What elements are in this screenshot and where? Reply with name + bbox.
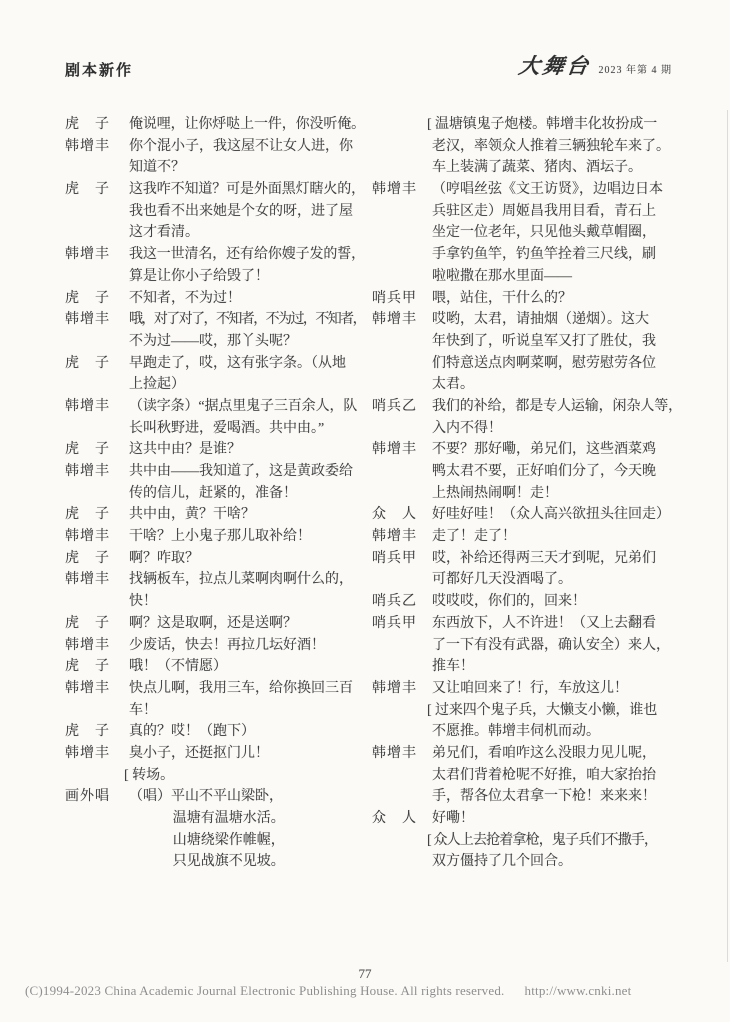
dialogue-text: 啦啦撒在那水里面—— xyxy=(432,266,572,288)
dialogue-text: 只见战旗不见坡。 xyxy=(129,851,285,873)
speaker-name: 哨兵甲 xyxy=(372,548,416,570)
dialogue-text: 共中由，黄？干啥？ xyxy=(129,504,255,526)
speaker-name xyxy=(372,656,416,678)
speaker-name xyxy=(372,635,416,657)
dialogue-text: 臭小子，还挺抠门儿！ xyxy=(129,743,269,765)
speaker-name xyxy=(372,851,416,873)
script-line: 虎子啊？这是取啊，还是送啊？ xyxy=(65,613,367,635)
speaker-name xyxy=(65,266,109,288)
speaker-name xyxy=(372,222,416,244)
speaker-name xyxy=(372,374,416,396)
script-line: 韩增丰哎哟，太君，请抽烟（递烟）。这大 xyxy=(372,309,687,331)
dialogue-text: 知道不？ xyxy=(129,157,185,179)
speaker-name xyxy=(65,851,109,873)
script-line: 不愿推。韩增丰伺机而动。 xyxy=(372,721,687,743)
script-line: 韩增丰不要？那好嘞，弟兄们，这些酒菜鸡 xyxy=(372,439,687,461)
speaker-name: 众人 xyxy=(372,504,416,526)
dialogue-text: 好嘞！ xyxy=(432,808,474,830)
speaker-name xyxy=(65,331,109,353)
dialogue-text: 我们的补给，都是专人运输，闲杂人等， xyxy=(432,396,682,418)
speaker-name xyxy=(372,569,416,591)
script-line: 虎子早跑走了，哎，这有张字条。（从地 xyxy=(65,353,367,375)
dialogue-text: 喂，站住，干什么的？ xyxy=(432,288,572,310)
dialogue-text: 啊？咋取？ xyxy=(129,548,199,570)
dialogue-text: 推车！ xyxy=(432,656,474,678)
dialogue-text: 找辆板车，拉点儿菜啊肉啊什么的， xyxy=(129,569,353,591)
script-line: 鸭太君不要，正好咱们分了，今天晚 xyxy=(372,461,687,483)
speaker-name: 韩增丰 xyxy=(372,309,416,331)
script-line: 知道不？ xyxy=(65,157,367,179)
speaker-name xyxy=(65,830,109,852)
speaker-name: 哨兵乙 xyxy=(372,396,416,418)
dialogue-text: 哦！（不情愿） xyxy=(129,656,227,678)
stage-direction-line: [ 温塘镇鬼子炮楼。韩增丰化妆扮成一 xyxy=(372,114,687,136)
dialogue-text: 不愿推。韩增丰伺机而动。 xyxy=(432,721,600,743)
script-line: 韩增丰干啥？上小鬼子那儿取补给！ xyxy=(65,526,367,548)
speaker-name: 韩增丰 xyxy=(372,678,416,700)
dialogue-text: 哦，对了对了，不知者，不为过，不知者， xyxy=(129,309,365,331)
script-line: 了一下有没有武器，确认安全）来人， xyxy=(372,635,687,657)
dialogue-text: 俺说哩，让你烀哒上一件，你没听俺。 xyxy=(129,114,365,136)
speaker-name: 韩增丰 xyxy=(65,743,109,765)
speaker-name: 哨兵甲 xyxy=(372,288,416,310)
speaker-name xyxy=(65,483,109,505)
script-line: 韩增丰又让咱回来了！行，车放这儿！ xyxy=(372,678,687,700)
script-line: 哨兵乙哎哎哎，你们的，回来！ xyxy=(372,591,687,613)
script-line: 上热闹热闹啊！走！ xyxy=(372,483,687,505)
speaker-name xyxy=(372,157,416,179)
dialogue-text: 上捡起） xyxy=(129,374,185,396)
script-line: 虎子哦！（不情愿） xyxy=(65,656,367,678)
script-line: 韩增丰（哼唱丝弦《文王访贤》，边唱边日本 xyxy=(372,179,687,201)
speaker-name: 韩增丰 xyxy=(372,439,416,461)
script-line: 手拿钓鱼竿，钓鱼竿拴着三尺线，刷 xyxy=(372,244,687,266)
dialogue-text: 算是让你小子给毁了！ xyxy=(129,266,269,288)
cnki-url: http://www.cnki.net xyxy=(525,983,632,999)
speaker-name: 韩增丰 xyxy=(65,461,109,483)
section-label: 剧本新作 xyxy=(65,59,133,80)
script-line: 太君。 xyxy=(372,374,687,396)
script-line: 可都好几天没酒喝了。 xyxy=(372,569,687,591)
script-line: 虎子这共中由？是谁？ xyxy=(65,439,367,461)
speaker-name: 虎子 xyxy=(65,439,109,461)
dialogue-text: 这才看清。 xyxy=(129,222,199,244)
speaker-name: 虎子 xyxy=(65,656,109,678)
speaker-name xyxy=(372,244,416,266)
dialogue-text: （哼唱丝弦《文王访贤》，边唱边日本 xyxy=(432,179,663,201)
speaker-name xyxy=(372,786,416,808)
dialogue-text: 真的？哎！（跑下） xyxy=(129,721,255,743)
script-line: 温塘有温塘水活。 xyxy=(65,808,367,830)
script-line: 韩增丰你个混小子，我这屋不让女人进，你 xyxy=(65,136,367,158)
speaker-name: 韩增丰 xyxy=(65,136,109,158)
dialogue-text: 这我咋不知道？可是外面黑灯瞎火的， xyxy=(129,179,365,201)
speaker-name: 虎子 xyxy=(65,504,109,526)
speaker-name: 韩增丰 xyxy=(372,179,416,201)
script-line: 韩增丰快点儿啊，我用三车，给你换回三百 xyxy=(65,678,367,700)
speaker-name: 韩增丰 xyxy=(65,526,109,548)
dialogue-text: 你个混小子，我这屋不让女人进，你 xyxy=(129,136,353,158)
dialogue-text: 快！ xyxy=(129,591,157,613)
dialogue-text: （读字条）“据点里鬼子三百余人，队 xyxy=(129,396,357,418)
script-line: 哨兵甲喂，站住，干什么的？ xyxy=(372,288,687,310)
speaker-name: 虎子 xyxy=(65,548,109,570)
dialogue-text: 车！ xyxy=(129,700,157,722)
dialogue-text: 不为过——哎，那丫头呢？ xyxy=(129,331,297,353)
speaker-name: 韩增丰 xyxy=(65,678,109,700)
script-line: 啦啦撒在那水里面—— xyxy=(372,266,687,288)
script-line: 坐定一位老年，只见他头戴草帽圈， xyxy=(372,222,687,244)
page-number: 77 xyxy=(0,966,730,982)
script-line: 虎子不知者，不为过！ xyxy=(65,288,367,310)
dialogue-text: 车上装满了蔬菜、猪肉、酒坛子。 xyxy=(432,157,642,179)
script-line: 哨兵甲东西放下，人不许进！（又上去翻看 xyxy=(372,613,687,635)
dialogue-text: 传的信儿，赶紧的，准备！ xyxy=(129,483,297,505)
script-line: 韩增丰（读字条）“据点里鬼子三百余人，队 xyxy=(65,396,367,418)
page-header: 剧本新作 大舞台 2023 年第 4 期 xyxy=(65,50,672,80)
stage-direction-line: [ 众人上去抢着拿枪，鬼子兵们不撒手， xyxy=(372,830,687,852)
script-line: 车上装满了蔬菜、猪肉、酒坛子。 xyxy=(372,157,687,179)
dialogue-text: 少废话，快去！再拉几坛好酒！ xyxy=(129,635,325,657)
issue-label: 2023 年第 4 期 xyxy=(599,61,673,76)
script-line: 入内不得！ xyxy=(372,418,687,440)
dialogue-text: 长叫秋野进，爱喝酒。共中由。” xyxy=(129,418,324,440)
speaker-name xyxy=(372,136,416,158)
script-line: 我也看不出来她是个女的呀，进了屋 xyxy=(65,201,367,223)
speaker-name xyxy=(372,418,416,440)
dialogue-text: 东西放下，人不许进！（又上去翻看 xyxy=(432,613,656,635)
dialogue-text: 早跑走了，哎，这有张字条。（从地 xyxy=(129,353,346,375)
dialogue-text: 上热闹热闹啊！走！ xyxy=(432,483,558,505)
dialogue-text: 手，帮各位太君拿一下枪！来来来！ xyxy=(432,786,656,808)
script-line: 众人好哇好哇！（众人高兴欲扭头往回走） xyxy=(372,504,687,526)
dialogue-text: 太君。 xyxy=(432,374,474,396)
dialogue-text: 不要？那好嘞，弟兄们，这些酒菜鸡 xyxy=(432,439,656,461)
script-line: 不为过——哎，那丫头呢？ xyxy=(65,331,367,353)
script-line: 上捡起） xyxy=(65,374,367,396)
left-column: 虎子俺说哩，让你烀哒上一件，你没听俺。韩增丰你个混小子，我这屋不让女人进，你知道… xyxy=(65,114,367,873)
script-line: 山塘绕梁作帷幄， xyxy=(65,830,367,852)
speaker-name xyxy=(372,114,416,136)
speaker-name xyxy=(65,418,109,440)
dialogue-text: 年快到了，听说皇军又打了胜仗，我 xyxy=(432,331,656,353)
dialogue-text: 共中由——我知道了，这是黄政委给 xyxy=(129,461,353,483)
speaker-name xyxy=(65,374,109,396)
speaker-name: 韩增丰 xyxy=(65,309,109,331)
stage-direction-text: [ 转场。 xyxy=(124,765,174,787)
dialogue-text: 可都好几天没酒喝了。 xyxy=(432,569,572,591)
stage-direction-line: [ 转场。 xyxy=(65,765,367,787)
script-line: 韩增丰哦，对了对了，不知者，不为过，不知者， xyxy=(65,309,367,331)
speaker-name xyxy=(65,591,109,613)
speaker-name: 虎子 xyxy=(65,179,109,201)
copyright-text: (C)1994-2023 China Academic Journal Elec… xyxy=(25,983,505,999)
dialogue-text: 哎哎哎，你们的，回来！ xyxy=(432,591,586,613)
dialogue-text: 鸭太君不要，正好咱们分了，今天晚 xyxy=(432,461,656,483)
dialogue-text: 兵驻区走）周姬昌我用目看，青石上 xyxy=(432,201,656,223)
speaker-name: 虎子 xyxy=(65,721,109,743)
script-line: 虎子共中由，黄？干啥？ xyxy=(65,504,367,526)
speaker-name: 虎子 xyxy=(65,288,109,310)
script-line: 画外唱（唱）平山不平山梁卧， xyxy=(65,786,367,808)
script-line: 们特意送点肉啊菜啊，慰劳慰劳各位 xyxy=(372,353,687,375)
script-line: 韩增丰臭小子，还挺抠门儿！ xyxy=(65,743,367,765)
speaker-name: 虎子 xyxy=(65,613,109,635)
script-line: 老汉，率领众人推着三辆独轮车来了。 xyxy=(372,136,687,158)
script-line: 长叫秋野进，爱喝酒。共中由。” xyxy=(65,418,367,440)
script-line: 只见战旗不见坡。 xyxy=(65,851,367,873)
journal-page: 剧本新作 大舞台 2023 年第 4 期 虎子俺说哩，让你烀哒上一件，你没听俺。… xyxy=(0,0,730,1022)
dialogue-text: 好哇好哇！（众人高兴欲扭头往回走） xyxy=(432,504,670,526)
stage-direction-line: [ 过来四个鬼子兵，大懒支小懒，谁也 xyxy=(372,700,687,722)
dialogue-text: 山塘绕梁作帷幄， xyxy=(129,830,285,852)
script-line: 车！ xyxy=(65,700,367,722)
script-line: 推车！ xyxy=(372,656,687,678)
dialogue-text: 我这一世清名，还有给你嫂子发的誓， xyxy=(129,244,365,266)
dialogue-text: 不知者，不为过！ xyxy=(129,288,241,310)
script-line: 韩增丰我这一世清名，还有给你嫂子发的誓， xyxy=(65,244,367,266)
dialogue-text: 哎，补给还得两三天才到呢，兄弟们 xyxy=(432,548,656,570)
speaker-name xyxy=(372,830,416,852)
script-line: 快！ xyxy=(65,591,367,613)
dialogue-text: 了一下有没有武器，确认安全）来人， xyxy=(432,635,670,657)
script-line: 韩增丰共中由——我知道了，这是黄政委给 xyxy=(65,461,367,483)
dialogue-text: 啊？这是取啊，还是送啊？ xyxy=(129,613,297,635)
speaker-name: 韩增丰 xyxy=(65,569,109,591)
speaker-name: 哨兵甲 xyxy=(372,613,416,635)
speaker-name: 韩增丰 xyxy=(65,635,109,657)
script-line: 算是让你小子给毁了！ xyxy=(65,266,367,288)
dialogue-text: 们特意送点肉啊菜啊，慰劳慰劳各位 xyxy=(432,353,656,375)
script-line: 传的信儿，赶紧的，准备！ xyxy=(65,483,367,505)
speaker-name xyxy=(372,700,416,722)
speaker-name xyxy=(65,765,109,787)
script-line: 韩增丰弟兄们，看咱咋这么没眼力见儿呢， xyxy=(372,743,687,765)
journal-name: 大舞台 xyxy=(516,50,592,80)
dialogue-text: 坐定一位老年，只见他头戴草帽圈， xyxy=(432,222,656,244)
dialogue-text: 我也看不出来她是个女的呀，进了屋 xyxy=(129,201,353,223)
speaker-name xyxy=(65,201,109,223)
speaker-name: 虎子 xyxy=(65,114,109,136)
dialogue-text: 手拿钓鱼竿，钓鱼竿拴着三尺线，刷 xyxy=(432,244,656,266)
speaker-name: 众人 xyxy=(372,808,416,830)
script-line: 众人好嘞！ xyxy=(372,808,687,830)
speaker-name xyxy=(65,222,109,244)
dialogue-text: 双方僵持了几个回合。 xyxy=(432,851,572,873)
script-line: 双方僵持了几个回合。 xyxy=(372,851,687,873)
dialogue-text: 快点儿啊，我用三车，给你换回三百 xyxy=(129,678,353,700)
speaker-name: 韩增丰 xyxy=(65,244,109,266)
speaker-name: 虎子 xyxy=(65,353,109,375)
dialogue-text: 走了！走了！ xyxy=(432,526,516,548)
script-line: 虎子真的？哎！（跑下） xyxy=(65,721,367,743)
right-column: [ 温塘镇鬼子炮楼。韩增丰化妆扮成一老汉，率领众人推着三辆独轮车来了。车上装满了… xyxy=(372,114,687,873)
speaker-name xyxy=(372,201,416,223)
script-line: 哨兵甲哎，补给还得两三天才到呢，兄弟们 xyxy=(372,548,687,570)
speaker-name xyxy=(372,266,416,288)
speaker-name xyxy=(65,157,109,179)
dialogue-text: （唱）平山不平山梁卧， xyxy=(129,786,283,808)
speaker-name xyxy=(372,721,416,743)
scan-edge-artifact xyxy=(727,110,728,962)
script-line: 太君们背着枪呢不好推，咱大家抬抬 xyxy=(372,765,687,787)
script-line: 年快到了，听说皇军又打了胜仗，我 xyxy=(372,331,687,353)
dialogue-text: 温塘有温塘水活。 xyxy=(129,808,285,830)
dialogue-text: 干啥？上小鬼子那儿取补给！ xyxy=(129,526,311,548)
script-line: 手，帮各位太君拿一下枪！来来来！ xyxy=(372,786,687,808)
dialogue-text: 又让咱回来了！行，车放这儿！ xyxy=(432,678,628,700)
dialogue-text: 这共中由？是谁？ xyxy=(129,439,241,461)
dialogue-text: 入内不得！ xyxy=(432,418,502,440)
speaker-name xyxy=(372,765,416,787)
dialogue-text: 弟兄们，看咱咋这么没眼力见儿呢， xyxy=(432,743,656,765)
script-line: 韩增丰找辆板车，拉点儿菜啊肉啊什么的， xyxy=(65,569,367,591)
speaker-name xyxy=(372,461,416,483)
stage-direction-text: [ 过来四个鬼子兵，大懒支小懒，谁也 xyxy=(427,700,657,722)
speaker-name xyxy=(372,353,416,375)
script-line: 虎子俺说哩，让你烀哒上一件，你没听俺。 xyxy=(65,114,367,136)
journal-info: 大舞台 2023 年第 4 期 xyxy=(519,50,673,80)
speaker-name xyxy=(65,700,109,722)
speaker-name: 韩增丰 xyxy=(372,743,416,765)
speaker-name: 韩增丰 xyxy=(65,396,109,418)
copyright-line: (C)1994-2023 China Academic Journal Elec… xyxy=(25,983,720,999)
script-line: 哨兵乙我们的补给，都是专人运输，闲杂人等， xyxy=(372,396,687,418)
script-line: 韩增丰少废话，快去！再拉几坛好酒！ xyxy=(65,635,367,657)
script-line: 韩增丰走了！走了！ xyxy=(372,526,687,548)
speaker-name: 哨兵乙 xyxy=(372,591,416,613)
stage-direction-text: [ 众人上去抢着拿枪，鬼子兵们不撒手， xyxy=(427,830,657,852)
speaker-name: 画外唱 xyxy=(65,786,109,808)
script-line: 虎子这我咋不知道？可是外面黑灯瞎火的， xyxy=(65,179,367,201)
speaker-name: 韩增丰 xyxy=(372,526,416,548)
dialogue-text: 老汉，率领众人推着三辆独轮车来了。 xyxy=(432,136,670,158)
script-line: 这才看清。 xyxy=(65,222,367,244)
script-line: 虎子啊？咋取？ xyxy=(65,548,367,570)
dialogue-text: 太君们背着枪呢不好推，咱大家抬抬 xyxy=(432,765,656,787)
dialogue-text: 哎哟，太君，请抽烟（递烟）。这大 xyxy=(432,309,649,331)
script-line: 兵驻区走）周姬昌我用目看，青石上 xyxy=(372,201,687,223)
stage-direction-text: [ 温塘镇鬼子炮楼。韩增丰化妆扮成一 xyxy=(427,114,657,136)
speaker-name xyxy=(372,483,416,505)
speaker-name xyxy=(65,808,109,830)
speaker-name xyxy=(372,331,416,353)
